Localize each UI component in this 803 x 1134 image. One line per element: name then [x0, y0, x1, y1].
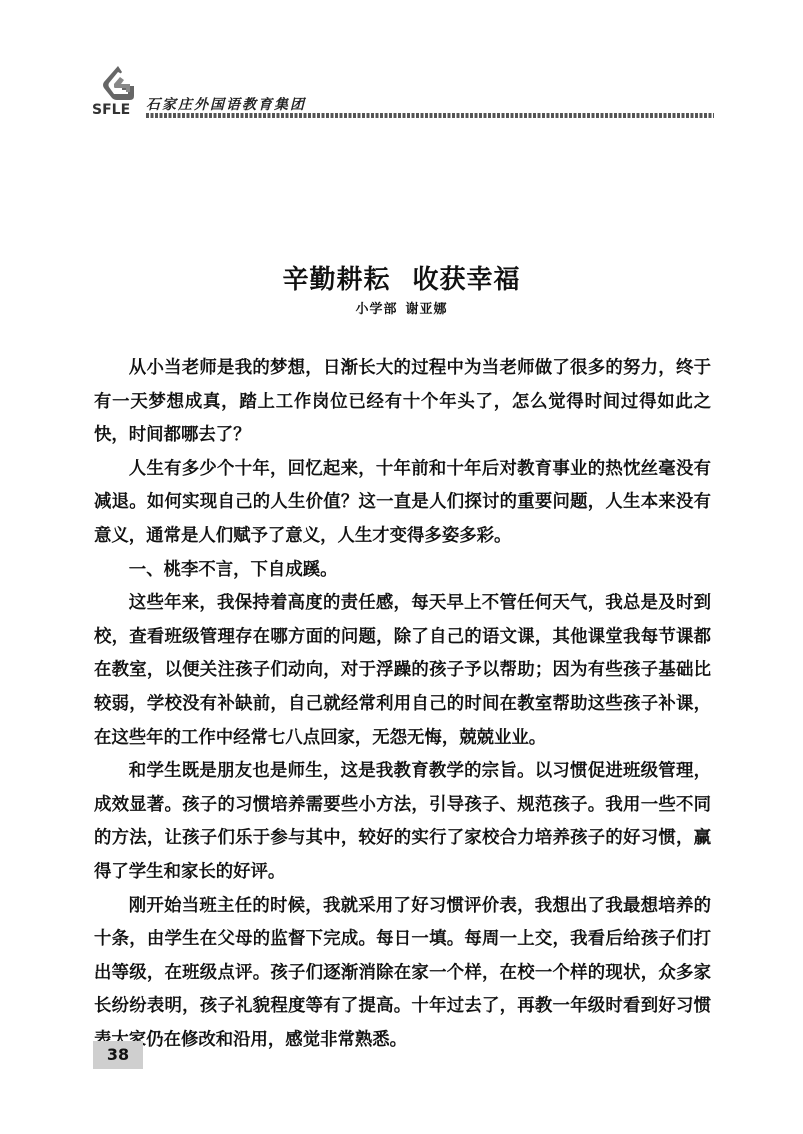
byline-author: 谢亚娜 — [406, 302, 448, 317]
organization-name: 石家庄外国语教育集团 — [146, 94, 306, 114]
article-body: 从小当老师是我的梦想，日渐长大的过程中为当老师做了很多的努力，终于有一天梦想成真… — [94, 352, 711, 1057]
paragraph: 和学生既是朋友也是师生，这是我教育教学的宗旨。以习惯促进班级管理，成效显著。孩子… — [94, 755, 711, 889]
section-heading: 一、桃李不言，下自成蹊。 — [94, 554, 711, 588]
page-header: SFLE 石家庄外国语教育集团 — [92, 62, 712, 122]
title-part-1: 辛勤耕耘 — [282, 265, 390, 295]
paragraph: 从小当老师是我的梦想，日渐长大的过程中为当老师做了很多的努力，终于有一天梦想成真… — [94, 352, 711, 453]
page-number: 38 — [93, 1041, 143, 1069]
article-byline: 小学部谢亚娜 — [0, 298, 803, 317]
sfle-logo-icon — [100, 64, 136, 102]
byline-department: 小学部 — [355, 302, 397, 317]
paragraph: 刚开始当班主任的时候，我就采用了好习惯评价表，我想出了我最想培养的十条，由学生在… — [94, 890, 711, 1058]
logo: SFLE — [92, 62, 140, 120]
paragraph: 这些年来，我保持着高度的责任感，每天早上不管任何天气，我总是及时到校，查看班级管… — [94, 587, 711, 755]
paragraph: 人生有多少个十年，回忆起来，十年前和十年后对教育事业的热忱丝毫没有减退。如何实现… — [94, 453, 711, 554]
header-dotted-rule — [146, 113, 714, 118]
article-title: 辛勤耕耘收获幸福 — [0, 259, 803, 296]
logo-text: SFLE — [92, 102, 130, 118]
title-part-2: 收获幸福 — [413, 265, 521, 295]
